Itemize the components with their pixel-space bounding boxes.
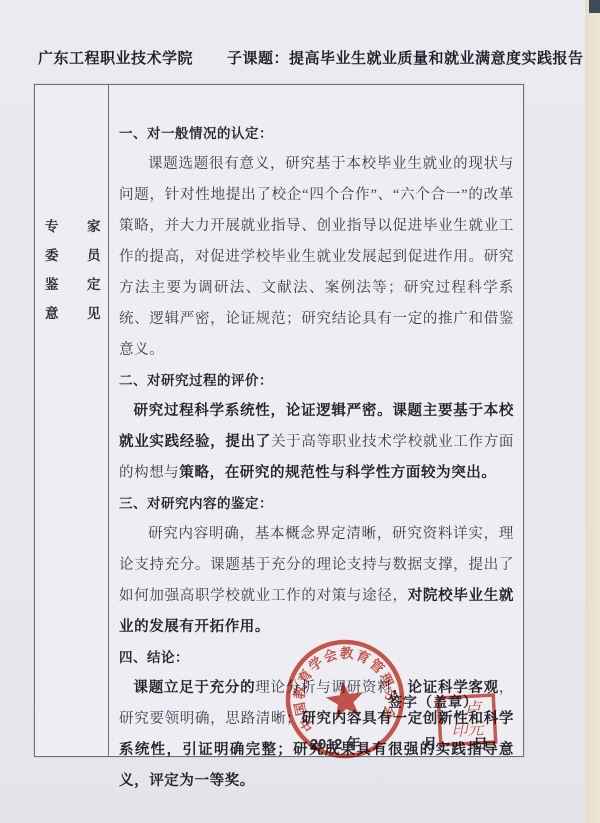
- section-3-heading: 三、对研究内容的鉴定：: [119, 489, 514, 519]
- row-label-grid: 专 家 委 员 鉴 定 意 见: [45, 215, 101, 322]
- label-char: 员: [87, 244, 101, 264]
- square-name-seal-icon: 卢 印元: [436, 692, 499, 747]
- square-seal-line2: 印元: [451, 720, 486, 740]
- section-1-heading: 一、对一般情况的认定：: [119, 119, 514, 149]
- section-2-heading: 二、对研究过程的评价：: [119, 366, 514, 396]
- scanned-document-page: 广东工程职业技术学院 子课题：提高毕业生就业质量和就业满意度实践报告 专 家 委…: [0, 0, 600, 823]
- text-segment: 策略，在研究的规范性与科学性方面较为突出。: [179, 465, 496, 481]
- round-official-seal-icon: 中国教育学会教育管理分会: [275, 629, 415, 769]
- label-char: 意: [45, 302, 59, 322]
- label-char: 专: [45, 215, 59, 235]
- row-label-cell: 专 家 委 员 鉴 定 意 见: [35, 85, 109, 756]
- label-char: 见: [87, 302, 101, 322]
- section-2-paragraph: 研究过程科学系统性，论证逻辑严密。课题主要基于本校就业实践经验，提出了关于高等职…: [119, 396, 514, 489]
- header-subproject-title: 子课题：提高毕业生就业质量和就业满意度实践报告: [227, 47, 584, 67]
- label-char: 定: [87, 273, 101, 293]
- label-char: 家: [87, 215, 101, 235]
- section-2: 二、对研究过程的评价： 研究过程科学系统性，论证逻辑严密。课题主要基于本校就业实…: [119, 366, 514, 489]
- section-3: 三、对研究内容的鉴定： 研究内容明确，基本概念界定清晰，研究资料详实，理论支持充…: [119, 489, 514, 643]
- scan-edge-strip: [585, 0, 600, 823]
- text-segment: 课题选题很有意义，研究基于本校毕业生就业的现状与问题，针对性地提出了校企“四个合…: [119, 156, 514, 358]
- seal-star-icon: [324, 679, 367, 720]
- section-1: 一、对一般情况的认定： 课题选题很有意义，研究基于本校毕业生就业的现状与问题，针…: [119, 119, 514, 366]
- label-char: 鉴: [45, 273, 59, 293]
- section-3-paragraph: 研究内容明确，基本概念界定清晰，研究资料详实，理论支持充分。课题基于充分的理论支…: [119, 519, 514, 643]
- scan-corner-mark: [589, 0, 600, 13]
- section-1-paragraph: 课题选题很有意义，研究基于本校毕业生就业的现状与问题，针对性地提出了校企“四个合…: [119, 149, 514, 366]
- header-school-name: 广东工程职业技术学院: [38, 47, 193, 67]
- square-seal-line1: 卢: [463, 699, 483, 719]
- text-segment: 课题立足于充分的: [134, 680, 256, 696]
- label-char: 委: [45, 244, 59, 264]
- date-month-label: 月: [423, 737, 438, 753]
